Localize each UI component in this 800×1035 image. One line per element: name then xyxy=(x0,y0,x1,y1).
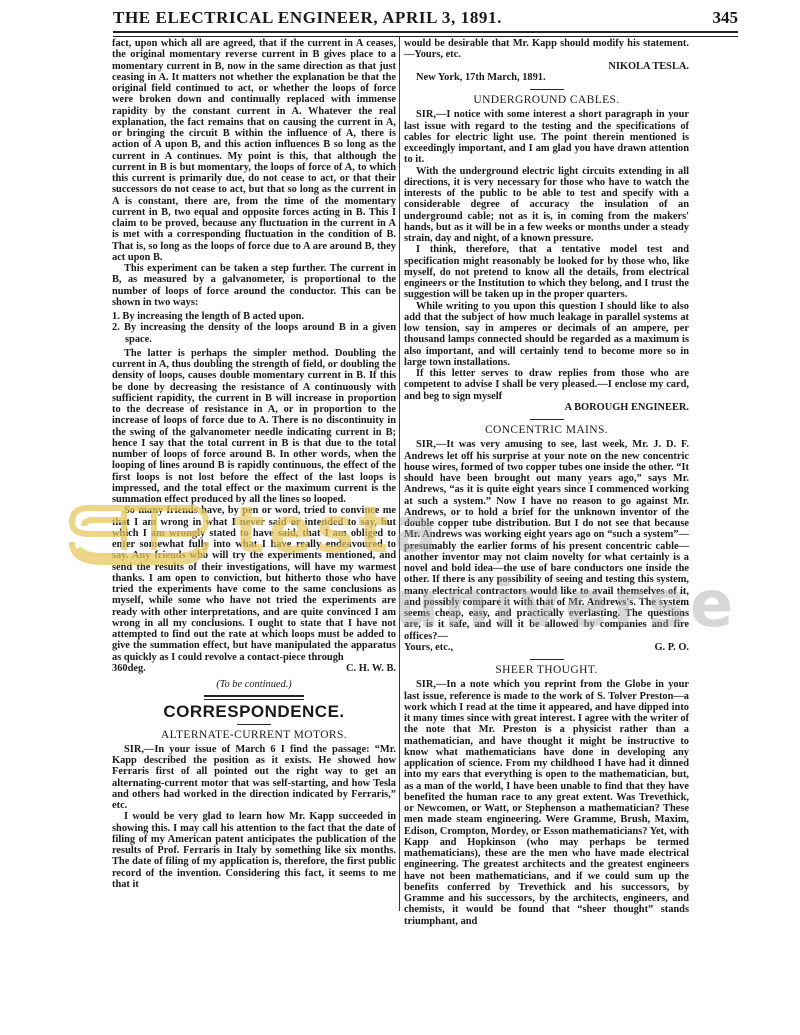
paragraph-end: 360deg. xyxy=(112,663,146,674)
paragraph: If this letter serves to draw replies fr… xyxy=(404,368,689,402)
paragraph: With the underground electric light circ… xyxy=(404,166,689,245)
paragraph: While writing to you upon this question … xyxy=(404,301,689,369)
continued-note: (To be continued.) xyxy=(112,679,396,690)
article-title: ALTERNATE-CURRENT MOTORS. xyxy=(112,730,396,741)
numbered-list: 1. By increasing the length of B acted u… xyxy=(112,311,396,345)
paragraph: This experiment can be taken a step furt… xyxy=(112,263,396,308)
list-item: 1. By increasing the length of B acted u… xyxy=(112,311,396,322)
paragraph: The latter is perhaps the simpler method… xyxy=(112,348,396,506)
paragraph: I think, therefore, that a tentative mod… xyxy=(404,244,689,300)
right-column: would be desirable that Mr. Kapp should … xyxy=(404,38,689,927)
author-signature: NIKOLA TESLA. xyxy=(404,61,689,72)
paragraph: would be desirable that Mr. Kapp should … xyxy=(404,38,689,61)
short-rule xyxy=(237,724,271,725)
publication-title: THE ELECTRICAL ENGINEER, APRIL 3, 1891. xyxy=(113,8,502,28)
place-date: New York, 17th March, 1891. xyxy=(404,72,689,83)
article-title: UNDERGROUND CABLES. xyxy=(404,95,689,106)
paragraph: I would be very glad to learn how Mr. Ka… xyxy=(112,811,396,890)
author-signature: G. P. O. xyxy=(654,642,689,653)
newspaper-page: THE ELECTRICAL ENGINEER, APRIL 3, 1891. … xyxy=(0,0,800,1035)
header-rule xyxy=(113,31,738,37)
signature-line: 360deg. C. H. W. B. xyxy=(112,663,396,674)
closing: Yours, etc., xyxy=(404,642,453,653)
paragraph: SIR,—In a note which you reprint from th… xyxy=(404,679,689,927)
author-signature: C. H. W. B. xyxy=(346,663,396,674)
column-divider xyxy=(399,36,400,911)
author-signature: A BOROUGH ENGINEER. xyxy=(404,402,689,413)
list-item: 2. By increasing the density of the loop… xyxy=(112,322,396,345)
page-number: 345 xyxy=(713,8,739,28)
paragraph: SIR,—I notice with some interest a short… xyxy=(404,109,689,165)
paragraph: fact, upon which all are agreed, that if… xyxy=(112,38,396,263)
paragraph: SIR,—In your issue of March 6 I find the… xyxy=(112,744,396,812)
short-rule xyxy=(530,419,564,420)
section-rule xyxy=(204,695,304,700)
article-title: CONCENTRIC MAINS. xyxy=(404,425,689,436)
page-header: THE ELECTRICAL ENGINEER, APRIL 3, 1891. … xyxy=(113,8,738,30)
paragraph: So many friends have, by pen or word, tr… xyxy=(112,505,396,663)
short-rule xyxy=(530,89,564,90)
paragraph: SIR,—It was very amusing to see, last we… xyxy=(404,439,689,642)
left-column: fact, upon which all are agreed, that if… xyxy=(112,38,396,890)
section-heading: CORRESPONDENCE. xyxy=(112,706,396,717)
article-title: SHEER THOUGHT. xyxy=(404,665,689,676)
signature-line: Yours, etc., G. P. O. xyxy=(404,642,689,653)
short-rule xyxy=(530,659,564,660)
